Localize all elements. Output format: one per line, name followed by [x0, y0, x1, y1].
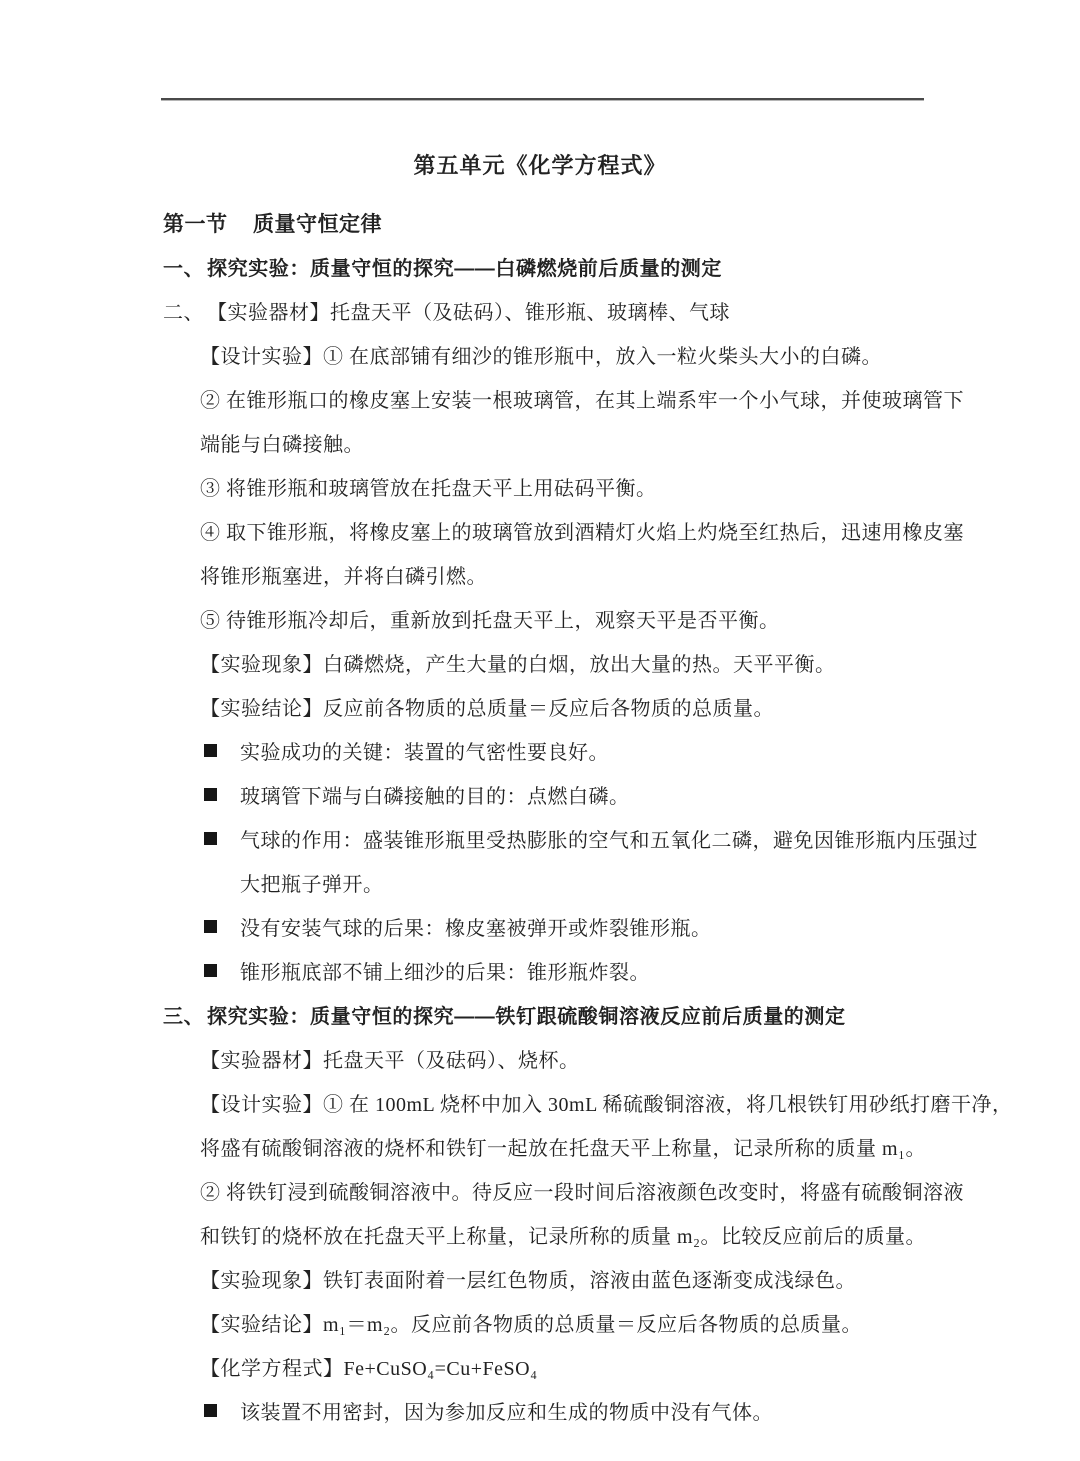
bullet-item-text: 该装置不用密封，因为参加反应和生成的物质中没有气体。 [240, 1402, 773, 1424]
list-item-three: 三、探究实验：质量守恒的探究——铁钉跟硫酸铜溶液反应前后质量的测定 [0, 995, 1080, 1039]
body-line: 【实验现象】铁钉表面附着一层红色物质，溶液由蓝色逐渐变成浅绿色。 [0, 1259, 1080, 1303]
bullet-item-text: 没有安装气球的后果：橡皮塞被弹开或炸裂锥形瓶。 [240, 918, 712, 940]
list-item-text: 探究实验：质量守恒的探究——白磷燃烧前后质量的测定 [207, 258, 722, 280]
bullet-square-icon [204, 832, 217, 845]
body-line: ② 将铁钉浸到硫酸铜溶液中。待反应一段时间后溶液颜色改变时，将盛有硫酸铜溶液 [0, 1171, 1080, 1215]
body-line: 将锥形瓶塞进，并将白磷引燃。 [0, 555, 1080, 599]
bullet-item-text: 锥形瓶底部不铺上细沙的后果：锥形瓶炸裂。 [240, 962, 650, 984]
bullet-item: 实验成功的关键：装置的气密性要良好。 [0, 731, 1080, 775]
section-number: 第一节 [163, 203, 253, 247]
bullet-item-continuation: 大把瓶子弹开。 [0, 863, 1080, 907]
page-title: 第五单元《化学方程式》 [0, 144, 1080, 188]
body-line: ⑤ 待锥形瓶冷却后，重新放到托盘天平上，观察天平是否平衡。 [0, 599, 1080, 643]
bullet-square-icon [204, 920, 217, 933]
list-item-text: 【实验器材】托盘天平（及砝码）、锥形瓶、玻璃棒、气球 [207, 302, 730, 324]
document-page: 第五单元《化学方程式》 第一节质量守恒定律 一、探究实验：质量守恒的探究——白磷… [0, 0, 1080, 1461]
section-heading-text: 质量守恒定律 [253, 213, 382, 236]
list-number: 二、 [163, 291, 207, 335]
body-line: ③ 将锥形瓶和玻璃管放在托盘天平上用砝码平衡。 [0, 467, 1080, 511]
body-line: 【实验器材】托盘天平（及砝码）、烧杯。 [0, 1039, 1080, 1083]
bullet-item-text: 玻璃管下端与白磷接触的目的：点燃白磷。 [240, 786, 630, 808]
bullet-item: 锥形瓶底部不铺上细沙的后果：锥形瓶炸裂。 [0, 951, 1080, 995]
bullet-item: 玻璃管下端与白磷接触的目的：点燃白磷。 [0, 775, 1080, 819]
list-item-one: 一、探究实验：质量守恒的探究——白磷燃烧前后质量的测定 [0, 247, 1080, 291]
bullet-item: 没有安装气球的后果：橡皮塞被弹开或炸裂锥形瓶。 [0, 907, 1080, 951]
document-content: 第五单元《化学方程式》 第一节质量守恒定律 一、探究实验：质量守恒的探究——白磷… [0, 144, 1080, 1435]
bullet-square-icon [204, 1404, 217, 1417]
bullet-square-icon [204, 964, 217, 977]
body-line: 【设计实验】① 在 100mL 烧杯中加入 30mL 稀硫酸铜溶液，将几根铁钉用… [0, 1083, 1080, 1127]
bullet-item: 气球的作用：盛装锥形瓶里受热膨胀的空气和五氧化二磷，避免因锥形瓶内压强过 [0, 819, 1080, 863]
list-item-text: 探究实验：质量守恒的探究——铁钉跟硫酸铜溶液反应前后质量的测定 [207, 1006, 846, 1028]
body-line: 和铁钉的烧杯放在托盘天平上称量，记录所称的质量 m₂。比较反应前后的质量。 [0, 1215, 1080, 1259]
body-line: ② 在锥形瓶口的橡皮塞上安装一根玻璃管，在其上端系牢一个小气球，并使玻璃管下 [0, 379, 1080, 423]
list-item-two: 二、【实验器材】托盘天平（及砝码）、锥形瓶、玻璃棒、气球 [0, 291, 1080, 335]
body-line: ④ 取下锥形瓶，将橡皮塞上的玻璃管放到酒精灯火焰上灼烧至红热后，迅速用橡皮塞 [0, 511, 1080, 555]
chemical-equation-line: 【化学方程式】Fe+CuSO₄=Cu+FeSO₄ [0, 1347, 1080, 1391]
list-number: 一、 [163, 247, 207, 291]
body-line: 【实验结论】m₁＝m₂。反应前各物质的总质量＝反应后各物质的总质量。 [0, 1303, 1080, 1347]
bullet-item: 该装置不用密封，因为参加反应和生成的物质中没有气体。 [0, 1391, 1080, 1435]
list-number: 三、 [163, 995, 207, 1039]
body-line: 【实验现象】白磷燃烧，产生大量的白烟，放出大量的热。天平平衡。 [0, 643, 1080, 687]
bullet-item-text: 气球的作用：盛装锥形瓶里受热膨胀的空气和五氧化二磷，避免因锥形瓶内压强过 [240, 830, 978, 852]
body-line: 将盛有硫酸铜溶液的烧杯和铁钉一起放在托盘天平上称量，记录所称的质量 m₁。 [0, 1127, 1080, 1171]
body-line: 【设计实验】① 在底部铺有细沙的锥形瓶中，放入一粒火柴头大小的白磷。 [0, 335, 1080, 379]
bullet-square-icon [204, 744, 217, 757]
body-line: 【实验结论】反应前各物质的总质量＝反应后各物质的总质量。 [0, 687, 1080, 731]
section-heading: 第一节质量守恒定律 [0, 203, 1080, 247]
body-line: 端能与白磷接触。 [0, 423, 1080, 467]
bullet-item-text: 实验成功的关键：装置的气密性要良好。 [240, 742, 609, 764]
bullet-square-icon [204, 788, 217, 801]
header-rule [161, 98, 924, 101]
